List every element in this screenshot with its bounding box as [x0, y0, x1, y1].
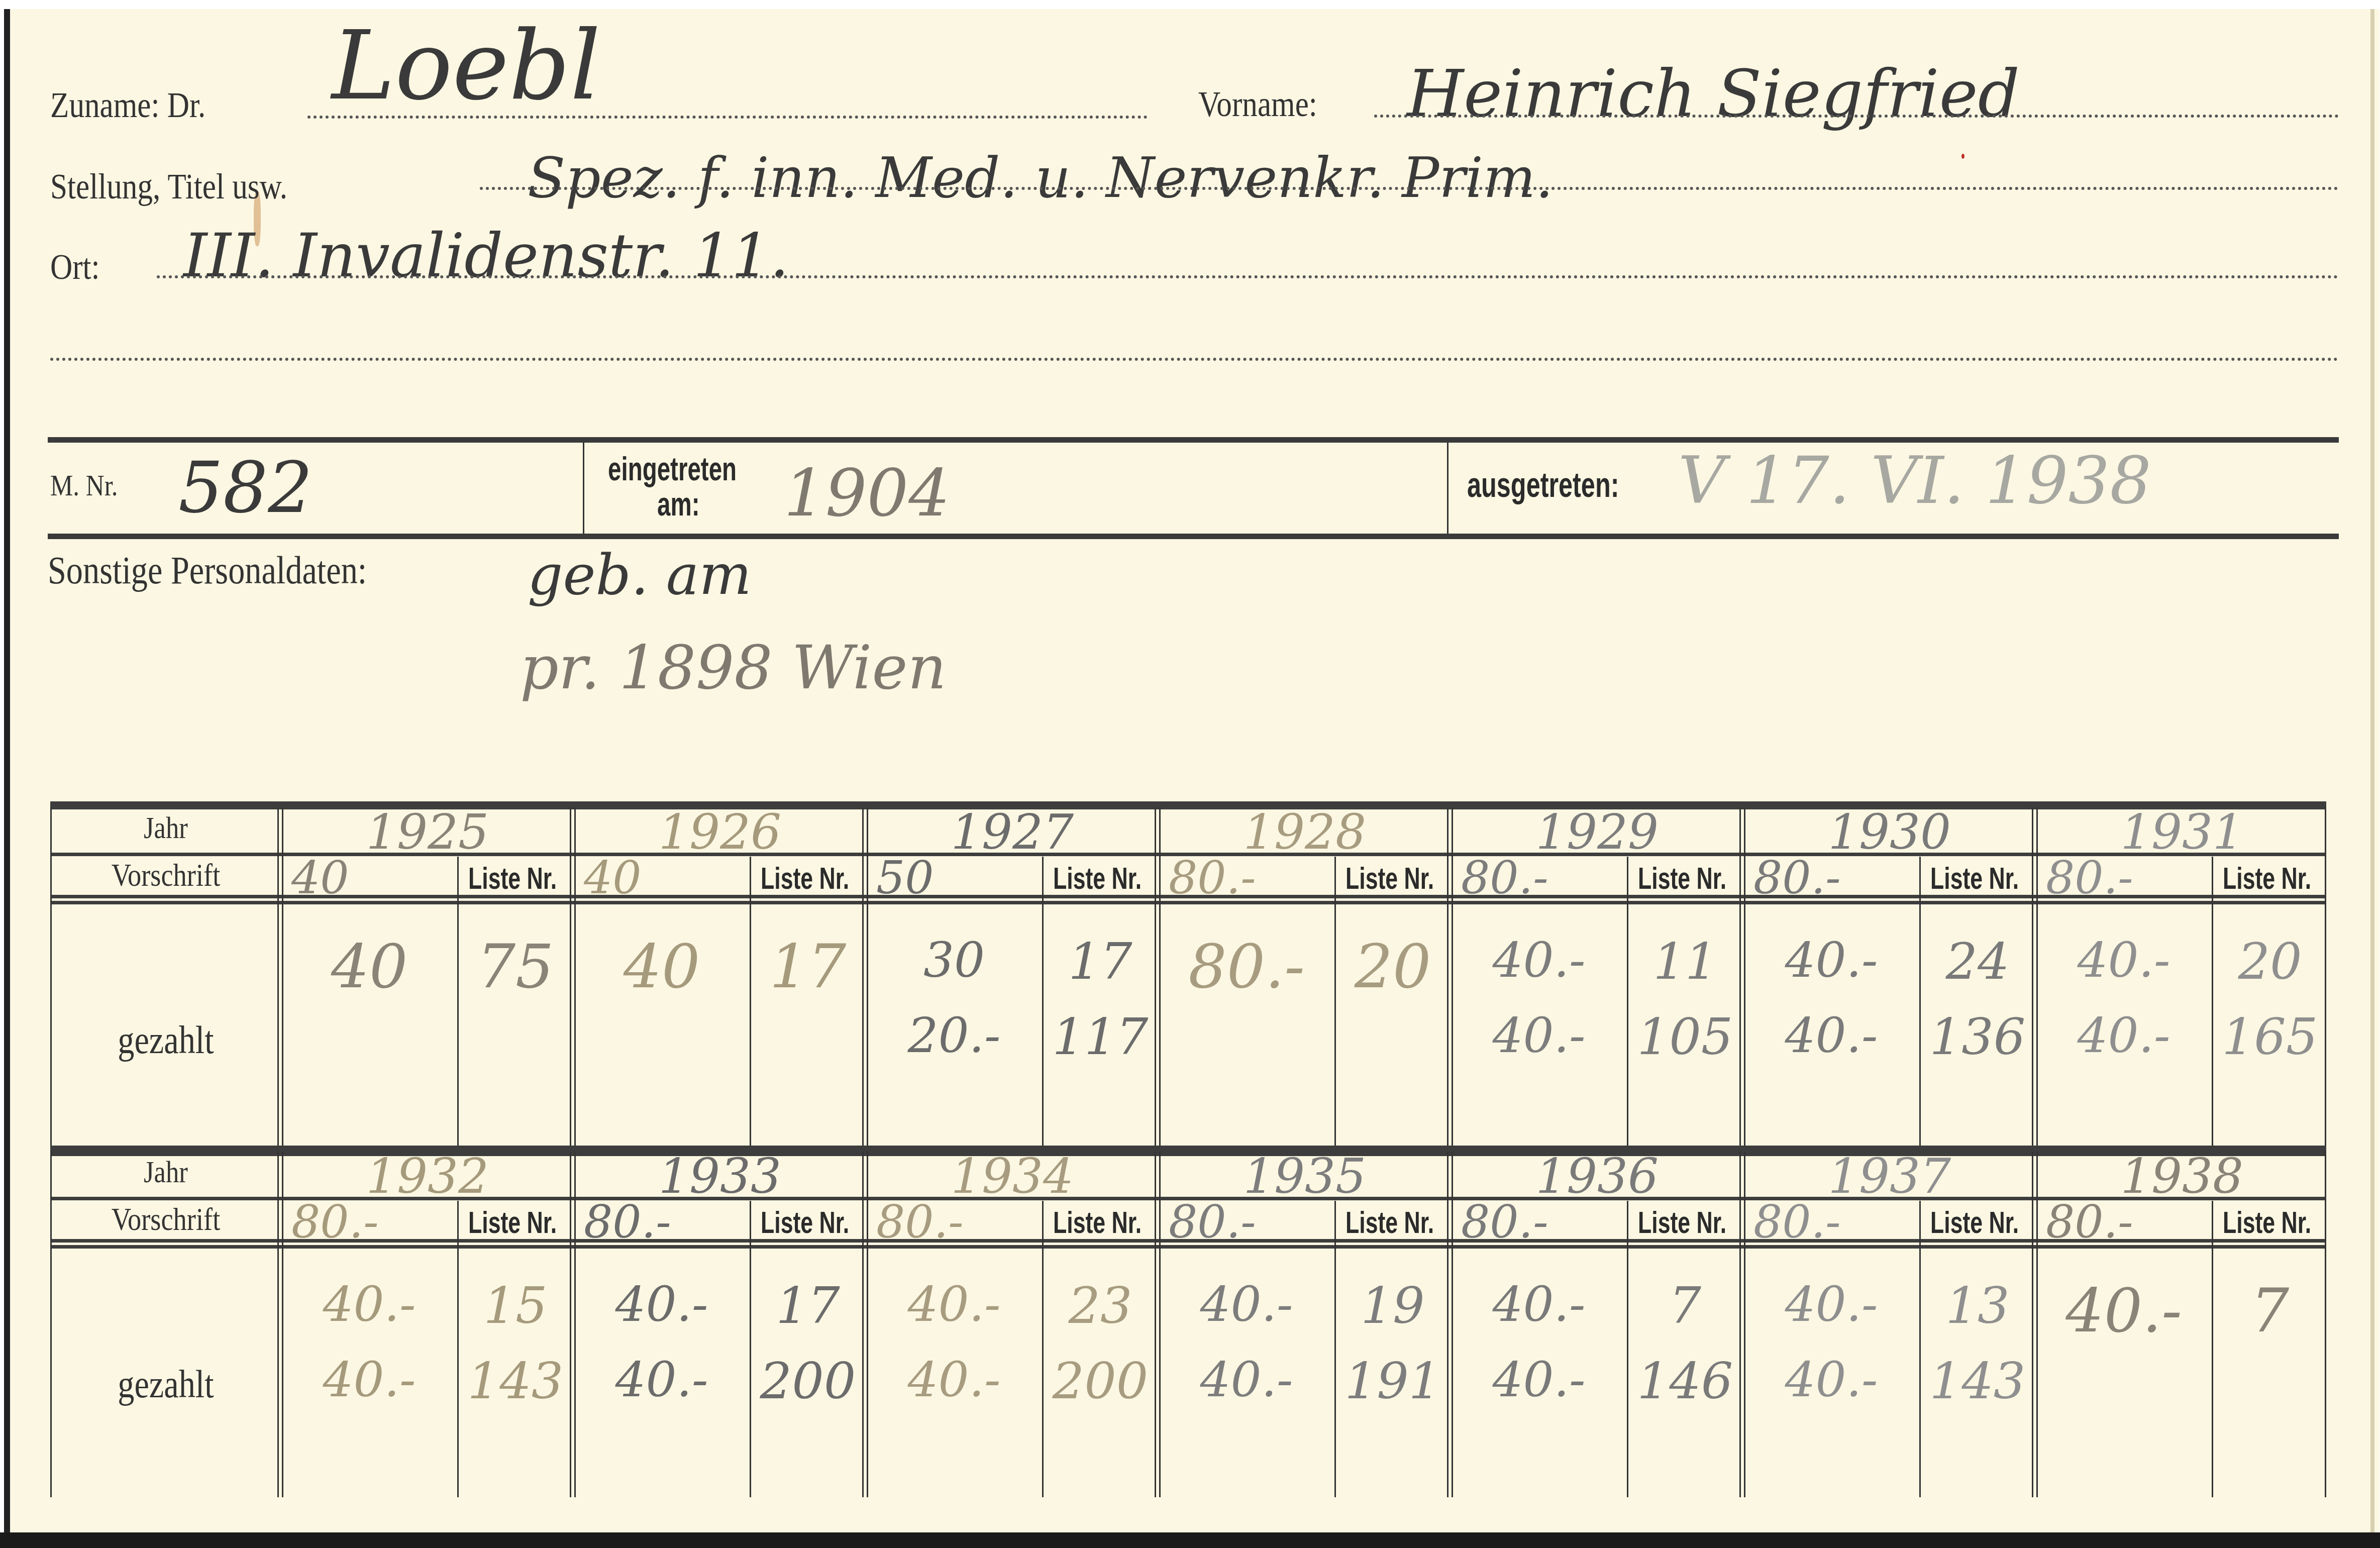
firstname-label: Vorname: [1198, 83, 1317, 125]
list-number: 191 [1334, 1352, 1451, 1410]
list-number: 17 [750, 932, 866, 1002]
paid-amount: 30 [866, 932, 1042, 988]
list-number: 200 [1042, 1352, 1159, 1410]
paid-amount: 40.- [1743, 1352, 1919, 1408]
place-line [157, 275, 2339, 278]
list-number: 19 [1334, 1276, 1451, 1335]
prescribed-amount: 80.- [871, 1196, 987, 1249]
row-label-paid: gezahlt [68, 1017, 264, 1063]
prescribed-amount: 80.- [1748, 1196, 1864, 1249]
place-value: III. Invalidenstr. 11. [183, 221, 789, 291]
card-edge-right [2370, 9, 2374, 1532]
membership-divider-1 [583, 442, 584, 534]
paid-amount: 40.- [281, 1276, 457, 1332]
paid-amount: 40.- [866, 1276, 1042, 1332]
paid-amount: 40.- [574, 1352, 750, 1408]
list-divider [1042, 857, 1044, 1148]
list-number: 20 [1334, 932, 1451, 1002]
list-divider [1919, 857, 1921, 1148]
payment-table-2: JahrVorschriftgezahlt193280.-Liste Nr.40… [50, 1146, 2326, 1497]
blank-line [50, 358, 2339, 361]
paid-amount: 40.- [2036, 1007, 2212, 1064]
list-divider [1042, 1201, 1044, 1497]
ink-dot [1961, 154, 1964, 159]
list-number: 146 [1627, 1352, 1743, 1410]
position-line [480, 187, 2339, 190]
prescribed-amount: 80.- [286, 1196, 402, 1249]
list-number-header: Liste Nr. [761, 1205, 849, 1241]
paid-amount: 20.- [866, 1007, 1042, 1064]
position-label: Stellung, Titel usw. [50, 166, 287, 208]
paid-amount: 40.- [574, 1276, 750, 1332]
row-label-prescribed: Vorschrift [68, 1201, 264, 1238]
list-number: 11 [1627, 932, 1743, 991]
paid-amount: 40.- [1451, 1276, 1627, 1332]
membership-divider-2 [1447, 442, 1448, 534]
firstname-value: Heinrich Siegfried [1407, 55, 2020, 132]
surname-value: Loebl [332, 10, 600, 121]
list-number-header: Liste Nr. [1053, 861, 1142, 896]
list-number: 143 [1919, 1352, 2036, 1410]
table-left-border [50, 1151, 52, 1497]
list-divider [1334, 857, 1336, 1148]
list-divider [750, 857, 751, 1148]
prescribed-amount: 80.- [2041, 1196, 2156, 1249]
list-number: 13 [1919, 1276, 2036, 1335]
list-number: 15 [457, 1276, 574, 1335]
list-number: 20 [2212, 932, 2328, 991]
list-number-header: Liste Nr. [1930, 1205, 2019, 1241]
list-divider [457, 1201, 459, 1497]
place-label: Ort: [50, 246, 100, 288]
list-number: 136 [1919, 1007, 2036, 1066]
list-number: 7 [1627, 1276, 1743, 1335]
prescribed-amount: 80.- [1748, 852, 1864, 904]
table-left-border [50, 806, 52, 1148]
personal-data-line2: pr. 1898 Wien [520, 633, 947, 703]
list-number: 7 [2212, 1276, 2328, 1346]
paid-amount: 40.- [1451, 1007, 1627, 1064]
list-number: 75 [457, 932, 574, 1002]
firstname-line [1374, 115, 2339, 118]
list-number: 17 [750, 1276, 866, 1335]
card-edge-bottom [0, 1532, 2380, 1548]
list-number-header: Liste Nr. [1638, 1205, 1726, 1241]
list-divider [1627, 857, 1628, 1148]
prescribed-amount: 50 [871, 852, 987, 904]
paid-amount: 40.- [1159, 1352, 1334, 1408]
position-value: Spez. f. inn. Med. u. Nervenkr. Prim. [528, 146, 1553, 210]
paid-amount: 40.- [281, 1352, 457, 1408]
left-value: V 17. VI. 1938 [1678, 442, 2151, 519]
list-number-header: Liste Nr. [2223, 861, 2311, 896]
joined-value: 1904 [784, 455, 950, 531]
prescribed-amount: 80.- [1456, 1196, 1572, 1249]
paid-amount: 40 [574, 932, 750, 1002]
list-divider [2212, 857, 2213, 1148]
prescribed-amount: 80.- [1164, 852, 1279, 904]
joined-label-line2: am: [657, 485, 700, 523]
prescribed-amount: 80.- [1164, 1196, 1279, 1249]
personal-data-line1: geb. am [528, 543, 752, 607]
list-number-header: Liste Nr. [468, 861, 557, 896]
list-number: 200 [750, 1352, 866, 1410]
list-divider [1919, 1201, 1921, 1497]
list-divider [457, 857, 459, 1148]
personal-data-label: Sonstige Personaldaten: [48, 548, 367, 593]
joined-label-line1: eingetreten [608, 450, 737, 488]
paid-amount: 80.- [1159, 932, 1334, 1002]
row-label-prescribed: Vorschrift [68, 857, 264, 894]
paid-amount: 40.- [2036, 1276, 2212, 1346]
left-label: ausgetreten: [1467, 465, 1619, 505]
membership-bottom-rule [48, 534, 2339, 539]
list-number-header: Liste Nr. [1638, 861, 1726, 896]
list-divider [2212, 1201, 2213, 1497]
paid-amount: 40 [281, 932, 457, 1002]
surname-label: Zuname: Dr. [50, 84, 205, 126]
list-number: 17 [1042, 932, 1159, 991]
list-number-header: Liste Nr. [761, 861, 849, 896]
list-number: 165 [2212, 1007, 2328, 1066]
list-number: 117 [1042, 1007, 1159, 1066]
paid-amount: 40.- [1451, 932, 1627, 988]
list-number-header: Liste Nr. [1346, 861, 1434, 896]
list-divider [1334, 1201, 1336, 1497]
prescribed-amount: 80.- [2041, 852, 2156, 904]
prescribed-amount: 40 [579, 852, 694, 904]
row-label-year: Jahr [68, 1155, 264, 1190]
prescribed-amount: 80.- [1456, 852, 1572, 904]
paid-amount: 40.- [1159, 1276, 1334, 1332]
list-number-header: Liste Nr. [1053, 1205, 1142, 1241]
surname-line [307, 116, 1148, 119]
list-divider [750, 1201, 751, 1497]
paid-amount: 40.- [866, 1352, 1042, 1408]
paid-amount: 40.- [1743, 932, 1919, 988]
list-number: 105 [1627, 1007, 1743, 1066]
list-number-header: Liste Nr. [468, 1205, 557, 1241]
paid-amount: 40.- [1743, 1007, 1919, 1064]
list-number: 24 [1919, 932, 2036, 991]
member-number-label: M. Nr. [50, 468, 118, 503]
list-number-header: Liste Nr. [1346, 1205, 1434, 1241]
list-number-header: Liste Nr. [1930, 861, 2019, 896]
member-number-value: 582 [178, 447, 313, 529]
row-label-paid: gezahlt [68, 1362, 264, 1407]
list-number: 23 [1042, 1276, 1159, 1335]
list-divider [1627, 1201, 1628, 1497]
paid-amount: 40.- [1451, 1352, 1627, 1408]
paid-amount: 40.- [2036, 932, 2212, 988]
payment-table-1: JahrVorschriftgezahlt192540Liste Nr.4075… [50, 801, 2326, 1153]
prescribed-amount: 80.- [579, 1196, 694, 1249]
paid-amount: 40.- [1743, 1276, 1919, 1332]
list-number-header: Liste Nr. [2223, 1205, 2311, 1241]
prescribed-amount: 40 [286, 852, 402, 904]
list-number: 143 [457, 1352, 574, 1410]
row-label-year: Jahr [68, 810, 264, 846]
